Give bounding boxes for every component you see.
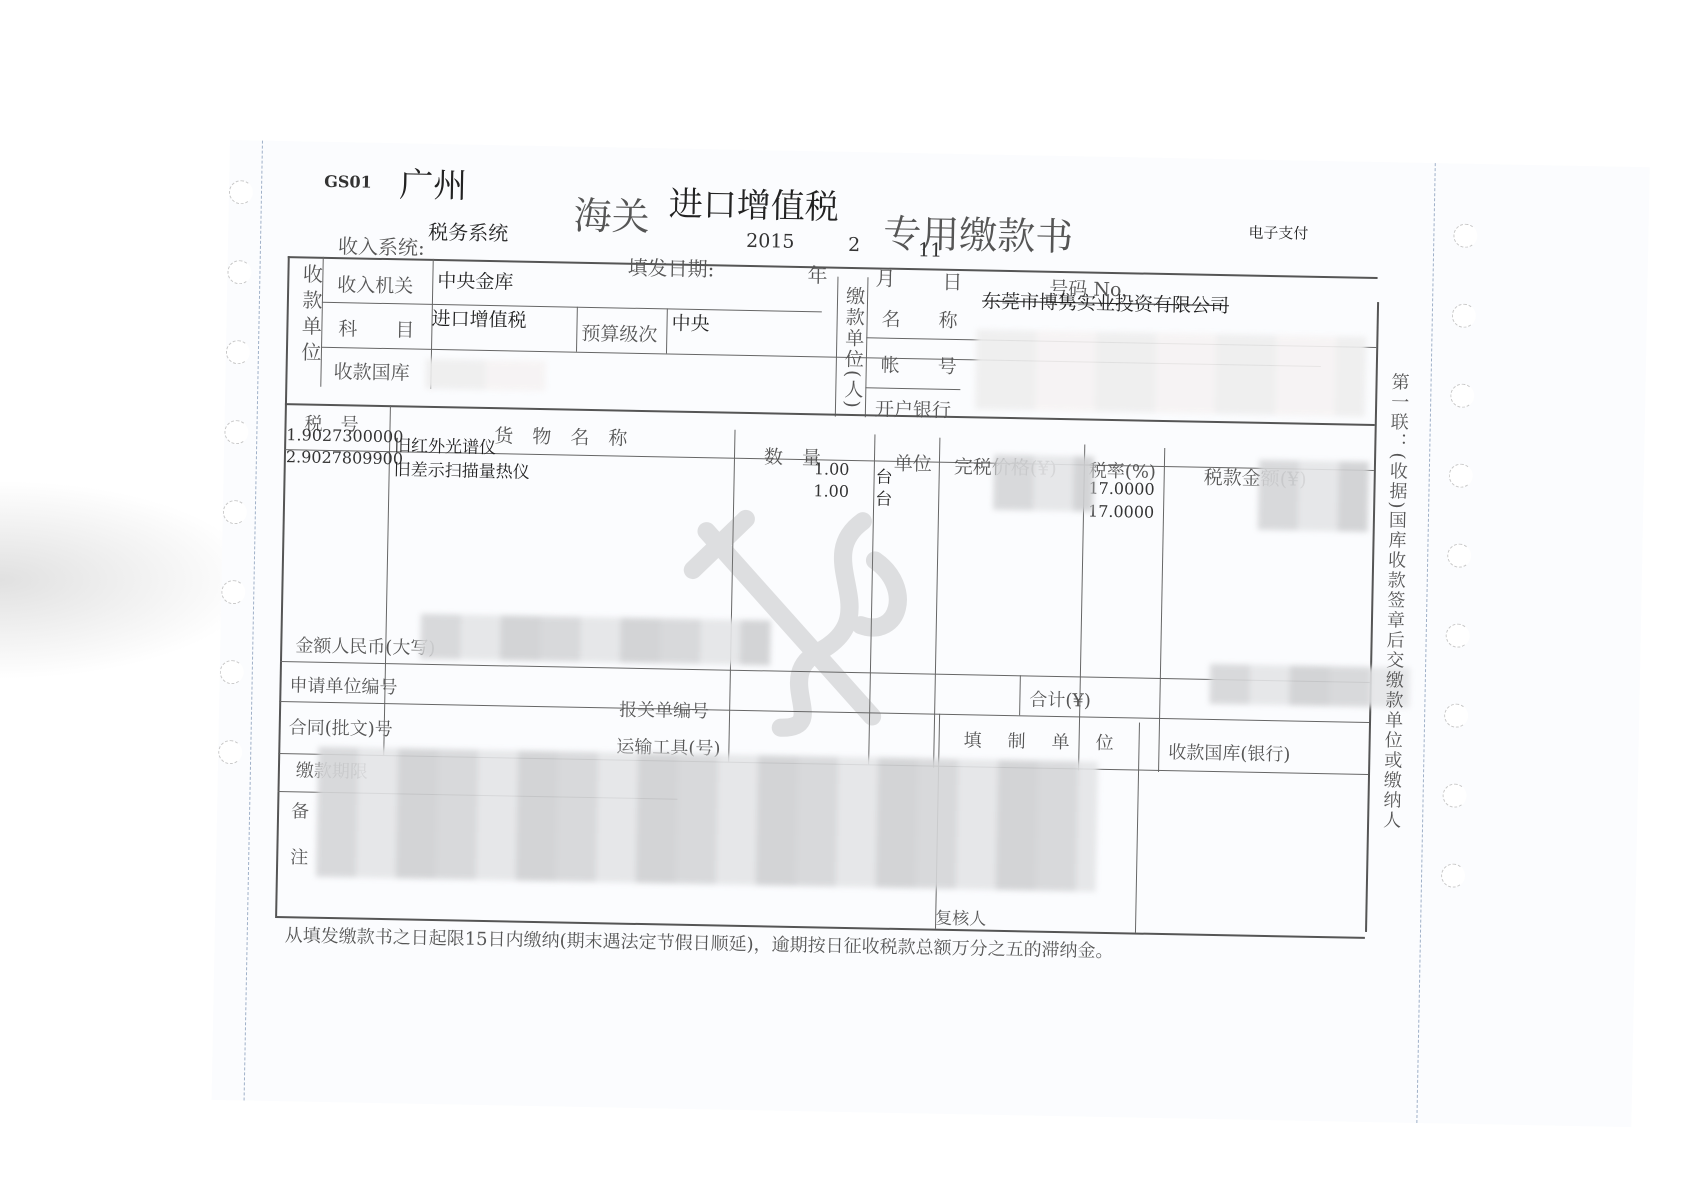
payee-group-label: 收款单位: [296, 263, 327, 368]
left-perforation: [244, 141, 263, 1101]
redacted-payer-account: [975, 329, 1366, 416]
tractor-hole: [224, 420, 248, 444]
tractor-hole: [1447, 543, 1471, 567]
tractor-hole: [1442, 783, 1466, 807]
city: 广州: [399, 157, 468, 207]
tractor-hole: [227, 260, 251, 284]
issue-date-label: 填发日期:: [627, 252, 714, 283]
issue-month: 2: [848, 234, 861, 256]
issue-year: 2015: [746, 230, 795, 253]
tractor-hole: [1445, 623, 1469, 647]
tractor-hole: [229, 180, 253, 204]
payer-bank-label: 开户银行: [875, 394, 952, 422]
tractor-hole: [1450, 383, 1474, 407]
tax-payment-form: GS01 广州 海关 进口增值税 专用缴款书 电子支付 税务系统 收入系统: 2…: [212, 140, 1650, 1127]
tractor-hole: [1444, 703, 1468, 727]
applicant-no-label: 申请单位编号: [289, 671, 397, 699]
budget-level-label: 预算级次: [581, 319, 658, 347]
subject-value: 进口增值税: [431, 304, 527, 333]
tax-rate: 17.0000: [1088, 502, 1155, 522]
treasury-bank-label: 收款国库(银行): [1168, 738, 1291, 766]
income-system-label: 收入系统:: [338, 230, 425, 261]
copy-side-note: 第一联：(收据)国库收款签章后交缴款单位或缴纳人: [1377, 372, 1412, 830]
payer-account-label: 帐 号: [881, 351, 958, 379]
treasury-label: 收款国库: [333, 357, 410, 385]
reviewer-label: 复核人: [935, 904, 986, 930]
remarks-label: 备注: [284, 801, 312, 893]
redacted-tax-amount: [1258, 460, 1369, 532]
frame-right: [1365, 302, 1379, 932]
tractor-hole: [1452, 303, 1476, 327]
tractor-hole: [221, 580, 245, 604]
redacted-treasury: [425, 359, 546, 391]
payer-name-label: 名 称: [881, 305, 958, 333]
total-label: 合计(¥): [1029, 685, 1091, 712]
redacted-payment-details: [316, 747, 1098, 892]
tractor-hole: [218, 740, 242, 764]
tractor-hole: [1453, 224, 1477, 248]
tractor-hole: [1441, 863, 1465, 887]
tractor-hole: [220, 660, 244, 684]
tractor-hole: [223, 500, 247, 524]
payment-mode: 电子支付: [1248, 222, 1308, 244]
amount-rmb-label: 金额人民币(大写): [295, 631, 436, 660]
title-customs: 海关: [573, 185, 650, 241]
issue-day: 11: [918, 239, 943, 261]
contract-no-label: 合同(批文)号: [289, 713, 394, 741]
title-tax: 进口增值税: [668, 176, 839, 228]
income-system-value: 税务系统: [428, 216, 509, 247]
payer-name-value: 东莞市博隽实业投资有限公司: [982, 286, 1229, 318]
customs-decl-label: 报关单编号: [619, 696, 709, 724]
col-quantity: 数 量: [764, 442, 822, 470]
redacted-amount-words: [420, 614, 771, 666]
payer-group-label: 缴款单位(人): [839, 286, 868, 410]
tractor-hole: [1449, 463, 1473, 487]
right-perforation: [1416, 163, 1435, 1123]
tariff-no: 1.9027300000: [286, 425, 403, 446]
tractor-hole: [226, 340, 250, 364]
year-label: 年: [807, 259, 828, 288]
issuer-label: 填 制 单 位: [963, 726, 1117, 755]
tariff-no: 2.9027809900: [286, 447, 403, 468]
tax-rate: 17.0000: [1088, 479, 1155, 499]
footer-late-fee-note: 从填发缴款书之日起限15日内缴纳(期末遇法定节假日顺延)，逾期按日征收税款总额万…: [285, 921, 1114, 963]
form-code: GS01: [324, 172, 372, 192]
income-authority-value: 中央金库: [437, 266, 514, 294]
budget-level-value: 中央: [671, 309, 710, 337]
col-goods-name: 货 物 名 称: [494, 421, 628, 451]
subject-label: 科 目: [338, 314, 415, 342]
quantity: 1.00: [814, 459, 850, 479]
title-doc: 专用缴款书: [883, 203, 1074, 262]
income-authority-label: 收入机关: [337, 270, 414, 298]
goods-name: 旧红外光谱仪: [394, 431, 496, 458]
col-unit: 单位: [894, 449, 933, 477]
redacted-dutiable-price: [993, 455, 1094, 512]
goods-name: 旧差示扫描量热仪: [393, 455, 529, 483]
